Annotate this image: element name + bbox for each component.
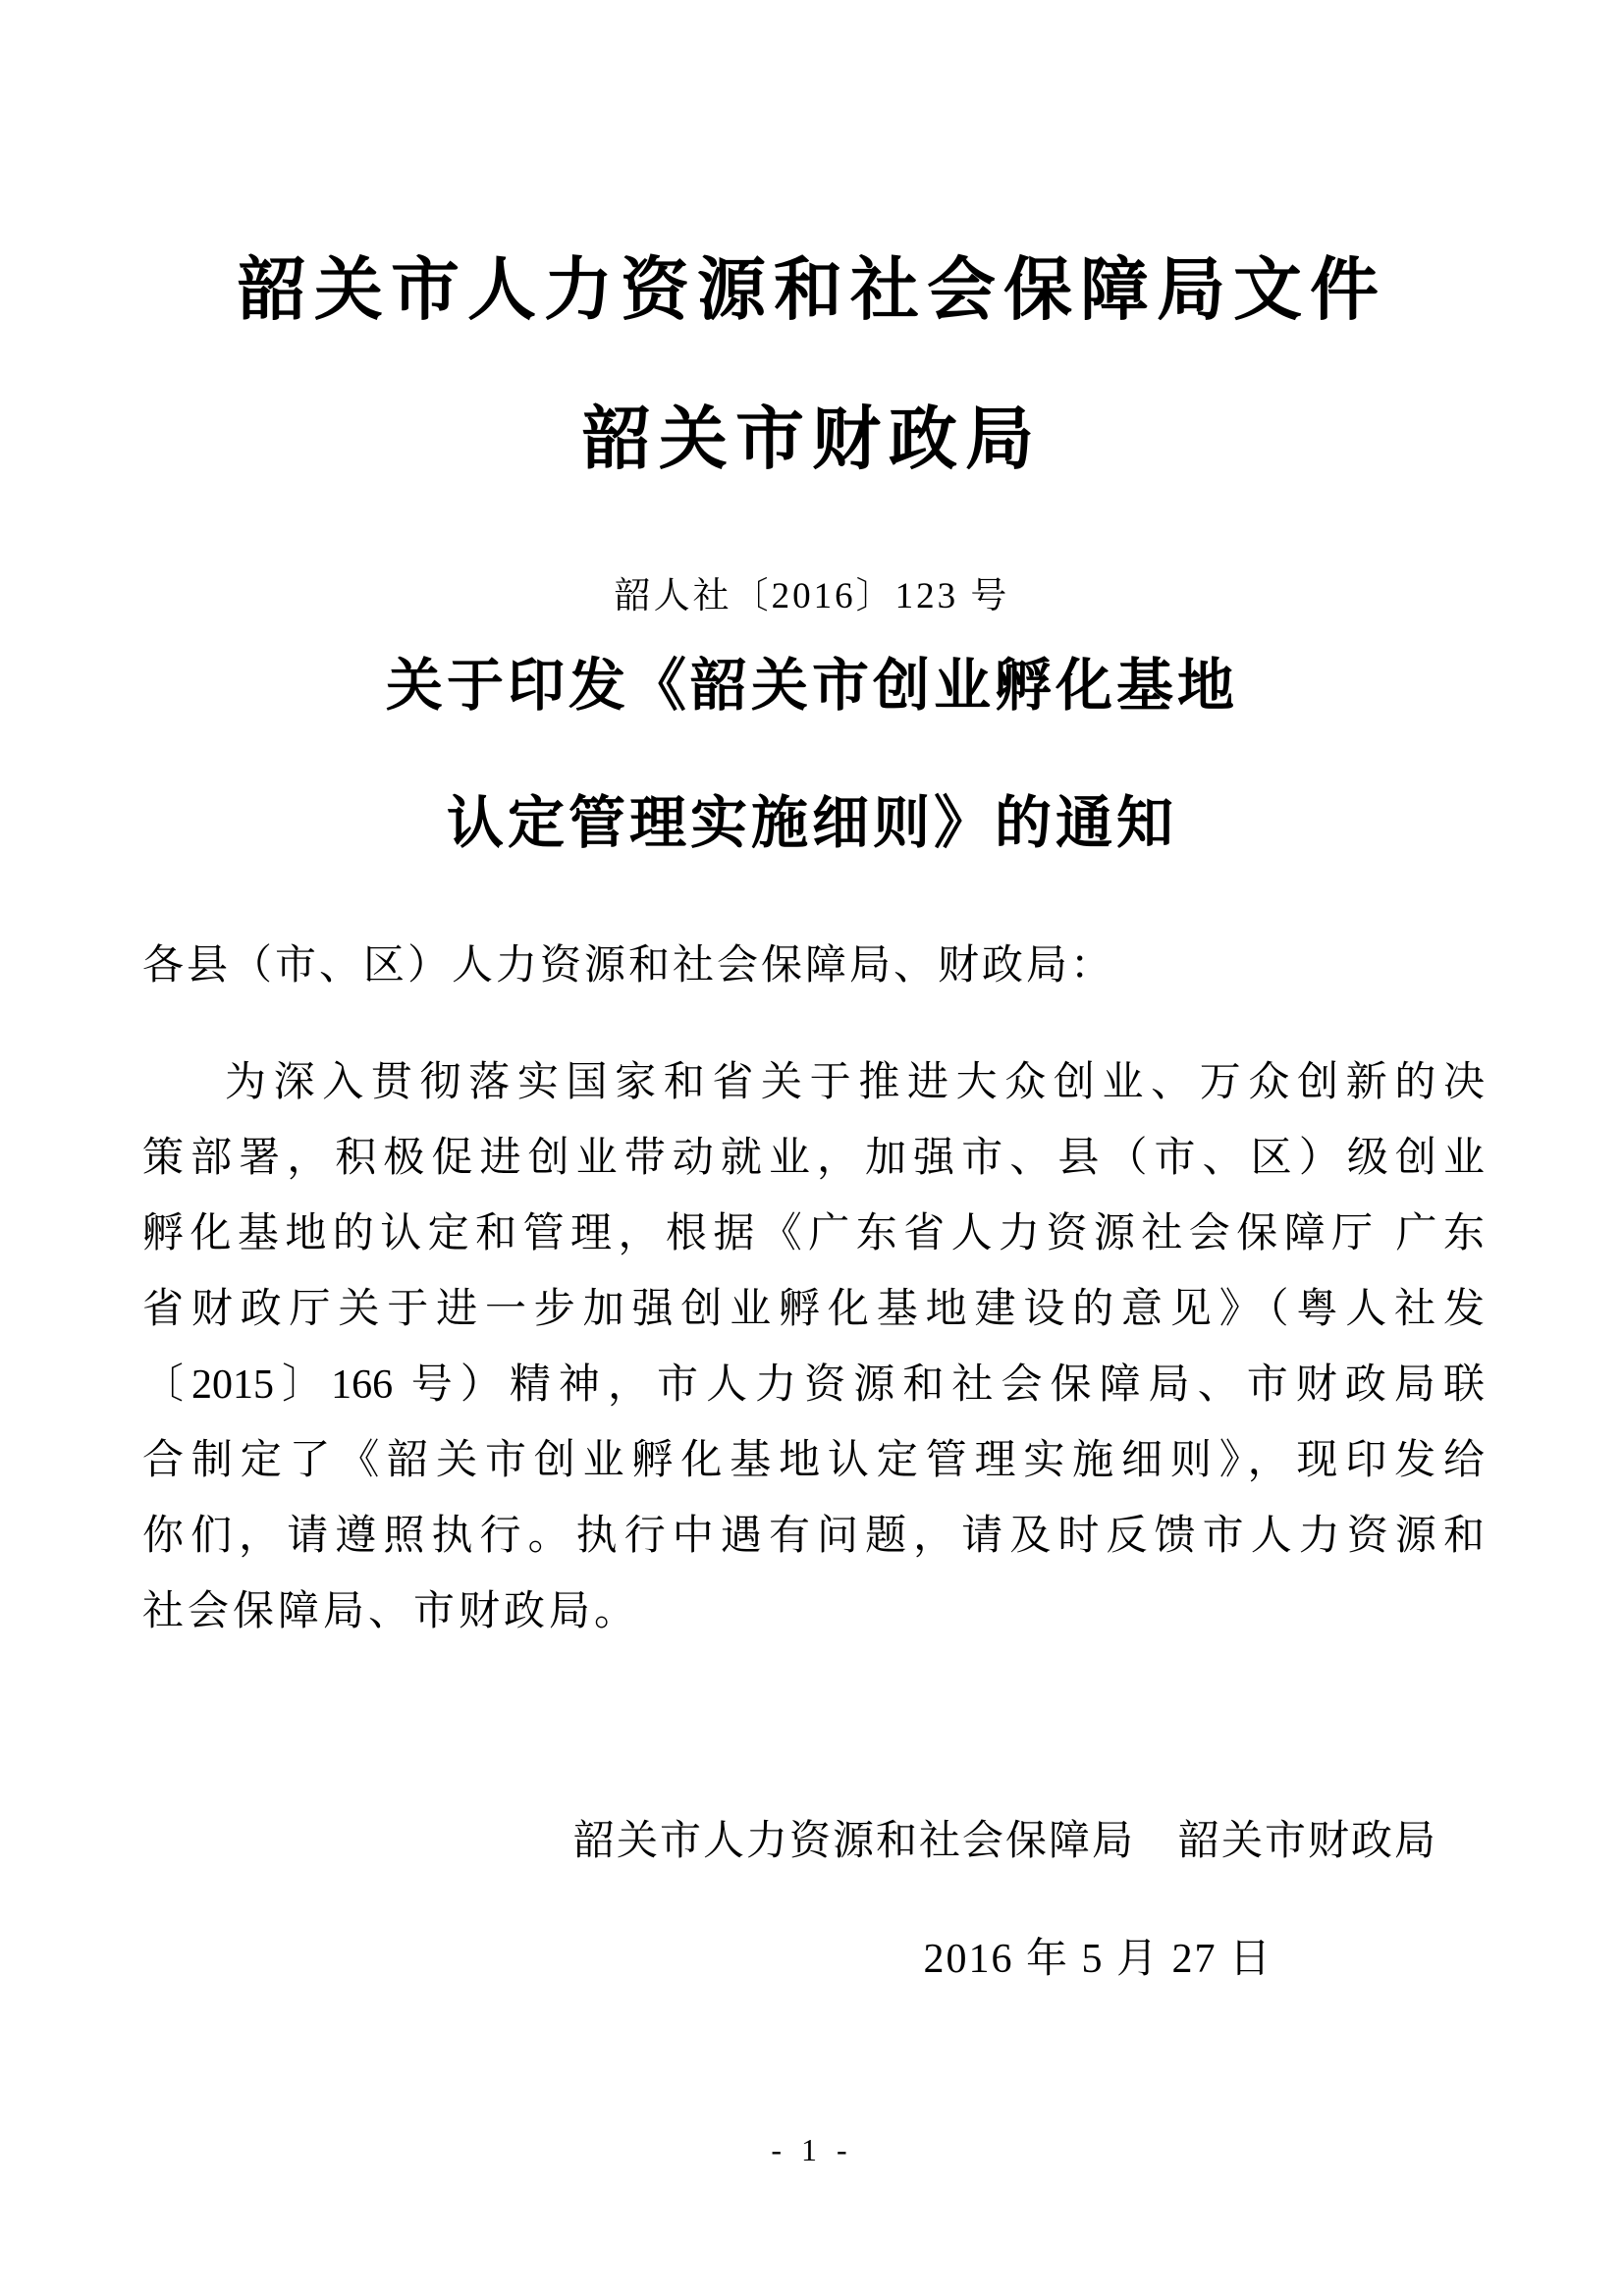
body-line: 〔2015〕166 号）精神，市人力资源和社会保障局、市财政局联 — [142, 1348, 1485, 1423]
body-line: 省财政厅关于进一步加强创业孵化基地建设的意见》（粤人社发 — [142, 1272, 1485, 1348]
body-line: 合制定了《韶关市创业孵化基地认定管理实施细则》，现印发给 — [142, 1423, 1485, 1499]
body-paragraph: 为深入贯彻落实国家和省关于推进大众创业、万众创新的决 策部署，积极促进创业带动就… — [142, 1045, 1485, 1650]
document-title-line1: 关于印发《韶关市创业孵化基地 — [0, 654, 1624, 720]
document-page: 韶关市人力资源和社会保障局文件 韶关市财政局 韶人社〔2016〕123 号 关于… — [0, 0, 1624, 2296]
issuing-org-title-line1: 韶关市人力资源和社会保障局文件 — [0, 253, 1624, 329]
salutation-line: 各县（市、区）人力资源和社会保障局、财政局： — [142, 929, 1485, 1004]
body-line: 社会保障局、市财政局。 — [142, 1575, 1485, 1650]
issuing-authority-signature: 韶关市人力资源和社会保障局 韶关市财政局 — [573, 1808, 1437, 1867]
document-title-line2: 认定管理实施细则》的通知 — [0, 791, 1624, 857]
page-number: - 1 - — [0, 2132, 1624, 2168]
issue-date: 2016 年 5 月 27 日 — [923, 1926, 1272, 1985]
body-line: 你们，请遵照执行。执行中遇有问题，请及时反馈市人力资源和 — [142, 1499, 1485, 1575]
body-line: 为深入贯彻落实国家和省关于推进大众创业、万众创新的决 — [142, 1045, 1485, 1121]
document-reference-number: 韶人社〔2016〕123 号 — [0, 565, 1624, 618]
issuing-org-title-line2: 韶关市财政局 — [0, 402, 1624, 478]
body-line: 孵化基地的认定和管理，根据《广东省人力资源社会保障厅 广东 — [142, 1197, 1485, 1272]
body-line: 策部署，积极促进创业带动就业，加强市、县（市、区）级创业 — [142, 1121, 1485, 1197]
